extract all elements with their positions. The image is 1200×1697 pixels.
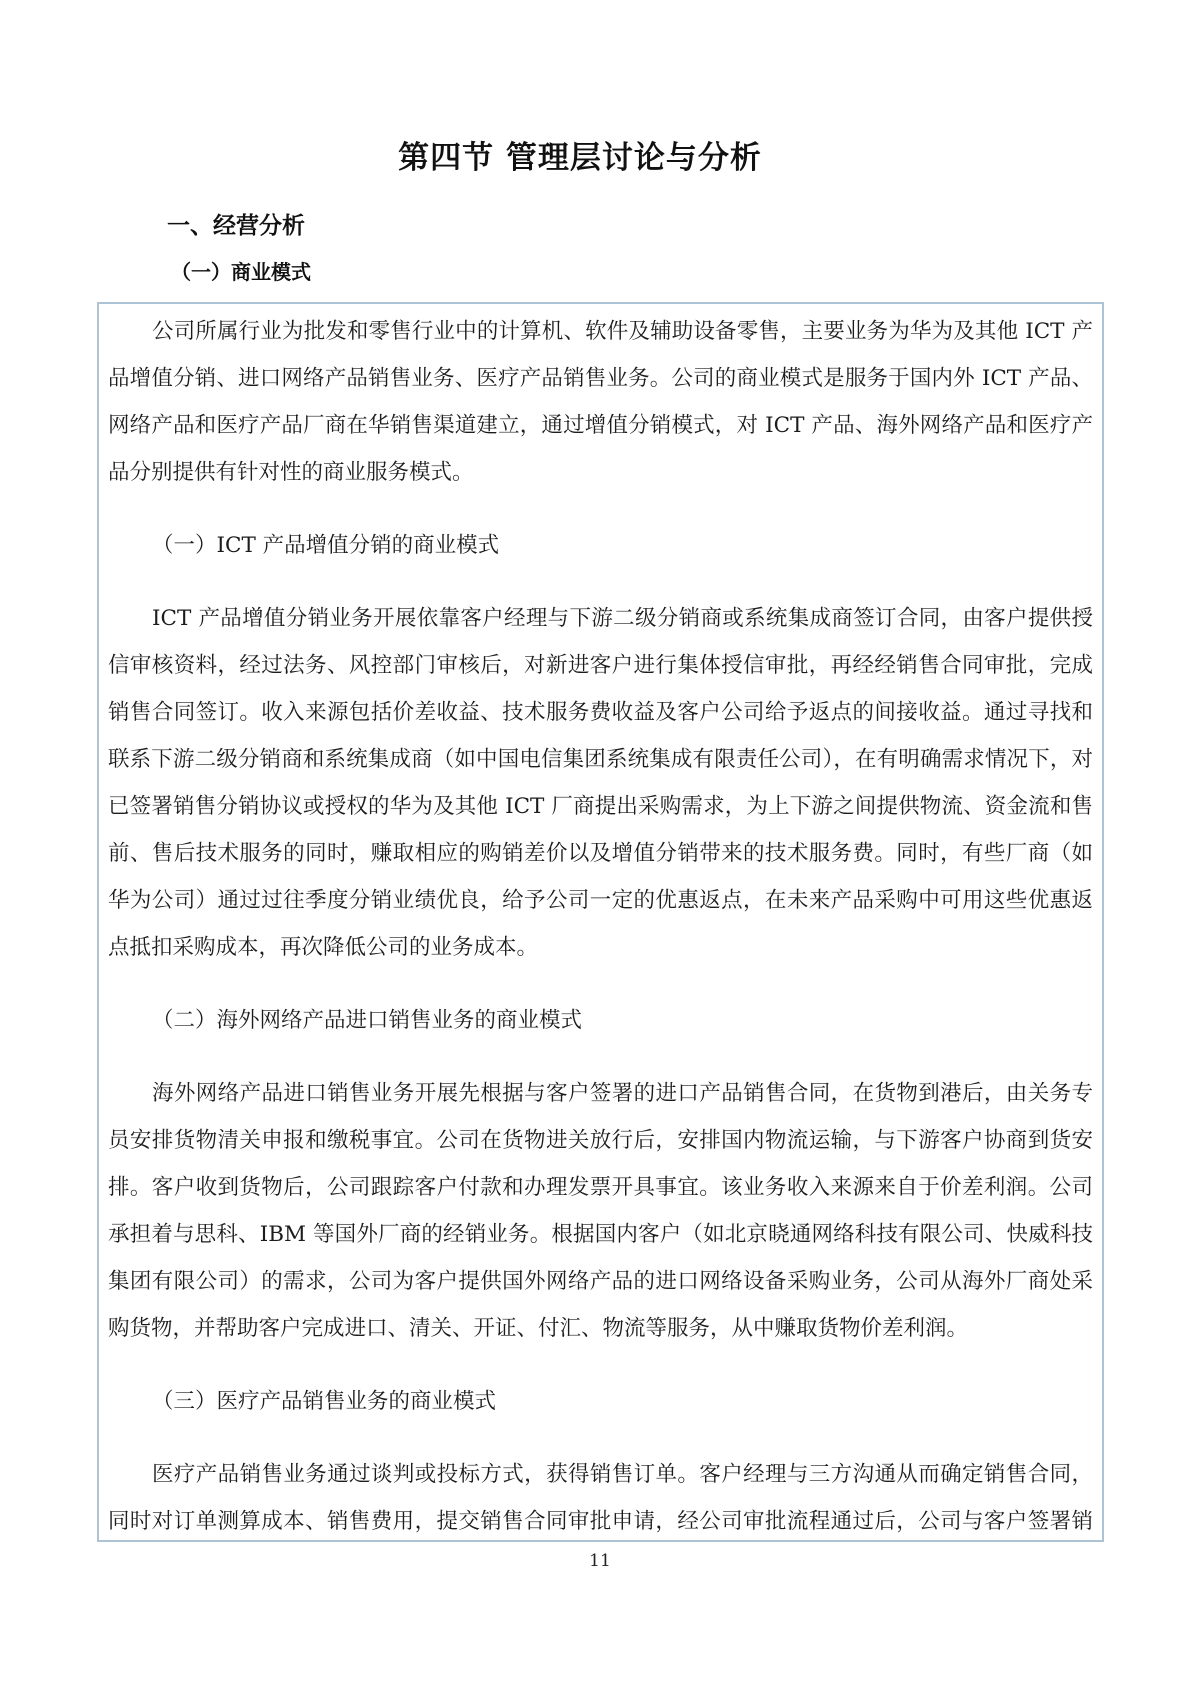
content-subheading: （一）ICT 产品增值分销的商业模式 <box>108 522 1093 569</box>
document-page: 第四节 管理层讨论与分析 一、经营分析 （一）商业模式 公司所属行业为批发和零售… <box>0 0 1200 1697</box>
content-subheading: （三）医疗产品销售业务的商业模式 <box>108 1378 1093 1425</box>
content-paragraph: 公司所属行业为批发和零售行业中的计算机、软件及辅助设备零售，主要业务为华为及其他… <box>108 308 1093 496</box>
subsection-heading-business-model: （一）商业模式 <box>171 256 311 285</box>
page-title: 第四节 管理层讨论与分析 <box>0 132 1160 177</box>
content-box: 公司所属行业为批发和零售行业中的计算机、软件及辅助设备零售，主要业务为华为及其他… <box>97 302 1104 1542</box>
content-paragraph: 海外网络产品进口销售业务开展先根据与客户签署的进口产品销售合同，在货物到港后，由… <box>108 1070 1093 1352</box>
content-paragraph: 医疗产品销售业务通过谈判或投标方式，获得销售订单。客户经理与三方沟通从而确定销售… <box>108 1451 1093 1542</box>
content-paragraph: ICT 产品增值分销业务开展依靠客户经理与下游二级分销商或系统集成商签订合同，由… <box>108 595 1093 971</box>
section-heading-operating-analysis: 一、经营分析 <box>167 207 305 240</box>
page-number: 11 <box>0 1551 1200 1571</box>
content-subheading: （二）海外网络产品进口销售业务的商业模式 <box>108 997 1093 1044</box>
